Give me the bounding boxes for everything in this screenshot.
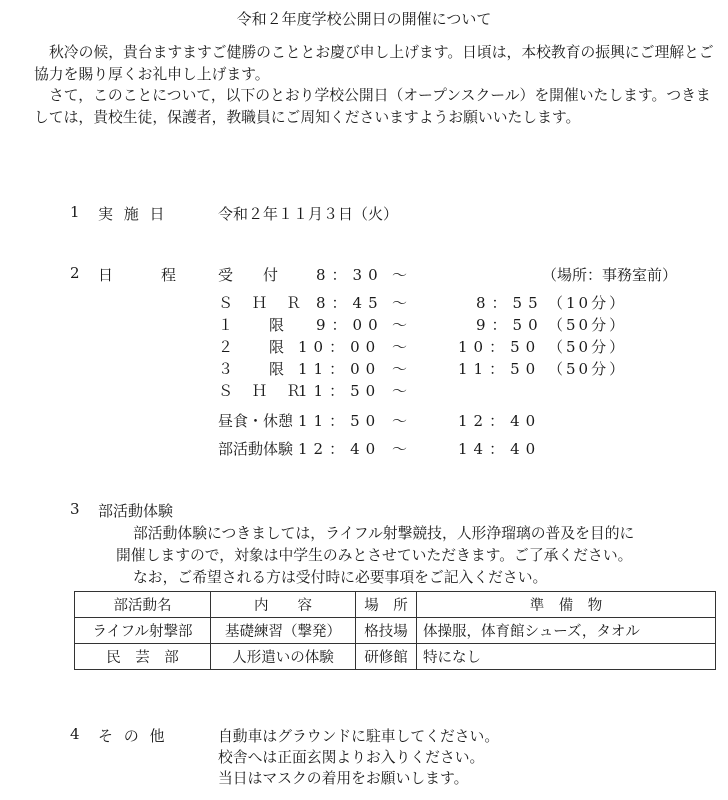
- club-description-line-3: なお，ご希望される方は受付時に必要事項をご記入ください。: [133, 566, 547, 587]
- schedule-name: Ｓ Ｈ Ｒ: [218, 380, 303, 401]
- schedule-start: 11：50: [298, 380, 381, 401]
- table-cell: 研修館: [356, 644, 417, 670]
- schedule-note: （場所：事務室前）: [542, 264, 677, 285]
- section-label: 部活動体験: [98, 500, 173, 521]
- schedule-name: ３ 限: [218, 358, 286, 379]
- schedule-end: 10：50: [458, 336, 541, 357]
- other-note: 当日はマスクの着用をお願いします。: [218, 767, 468, 788]
- section-number: 1: [70, 203, 80, 221]
- table-header-cell: 部活動名: [75, 592, 211, 618]
- document-title: 令和２年度学校公開日の開催について: [0, 8, 728, 29]
- other-note: 校舎へは正面玄関よりお入りください。: [218, 746, 484, 767]
- schedule-sep: ～: [392, 438, 407, 459]
- schedule-name: Ｓ Ｈ Ｒ: [218, 292, 303, 313]
- section-number: 4: [70, 725, 80, 743]
- schedule-sep: ～: [392, 380, 407, 401]
- table-header-cell: 準 備 物: [417, 592, 716, 618]
- schedule-start: 11：50: [298, 410, 381, 431]
- schedule-sep: ～: [392, 264, 407, 285]
- schedule-name: ２ 限: [218, 336, 286, 357]
- schedule-duration: （50分）: [548, 358, 627, 379]
- schedule-duration: （50分）: [548, 314, 627, 335]
- table-cell: 人形遣いの体験: [211, 644, 356, 670]
- club-activity-table: 部活動名 内 容 場 所 準 備 物 ライフル射撃部 基礎練習（撃発） 格技場 …: [74, 591, 716, 670]
- event-date: 令和２年１１月３日（火）: [218, 203, 398, 224]
- table-row: ライフル射撃部 基礎練習（撃発） 格技場 体操服，体育館シューズ，タオル: [75, 618, 716, 644]
- table-header-cell: 場 所: [356, 592, 417, 618]
- table-cell: 体操服，体育館シューズ，タオル: [417, 618, 716, 644]
- table-header-cell: 内 容: [211, 592, 356, 618]
- schedule-name: 部活動体験: [218, 438, 293, 459]
- schedule-duration: （10分）: [548, 292, 627, 313]
- intro-paragraph-2: さて，このことについて，以下のとおり学校公開日（オープンスクール）を開催いたしま…: [34, 85, 714, 128]
- schedule-start: 12：40: [298, 438, 381, 459]
- schedule-sep: ～: [392, 292, 407, 313]
- schedule-end: 12：40: [458, 410, 541, 431]
- table-cell: ライフル射撃部: [75, 618, 211, 644]
- schedule-end: 9：50: [476, 314, 544, 335]
- schedule-name: 受 付: [218, 264, 278, 285]
- schedule-sep: ～: [392, 410, 407, 431]
- schedule-end: 11：50: [458, 358, 541, 379]
- schedule-start: 8：30: [316, 264, 384, 285]
- schedule-start: 11：00: [298, 358, 381, 379]
- schedule-end: 8：55: [476, 292, 544, 313]
- club-description-line-2: 開催しますので，対象は中学生のみとさせていただきます。ご了承ください。: [116, 544, 632, 565]
- section-number: 3: [70, 500, 80, 518]
- schedule-start: 8：45: [316, 292, 384, 313]
- schedule-sep: ～: [392, 358, 407, 379]
- schedule-sep: ～: [392, 336, 407, 357]
- intro-paragraph-1: 秋冷の候，貴台ますますご健勝のこととお慶び申し上げます。日頃は，本校教育の振興に…: [34, 42, 714, 85]
- club-description-line-1: 部活動体験につきましては，ライフル射撃競技，人形浄瑠璃の普及を目的に: [133, 522, 634, 543]
- schedule-end: 14：40: [458, 438, 541, 459]
- schedule-sep: ～: [392, 314, 407, 335]
- table-cell: 特になし: [417, 644, 716, 670]
- section-number: 2: [70, 264, 80, 282]
- section-label: そ の 他: [98, 725, 168, 746]
- table-cell: 格技場: [356, 618, 417, 644]
- schedule-name: 昼食・休憩: [218, 410, 293, 431]
- schedule-start: 10：00: [298, 336, 381, 357]
- section-label: 実 施 日: [98, 203, 168, 224]
- table-cell: 民 芸 部: [75, 644, 211, 670]
- schedule-start: 9：00: [316, 314, 384, 335]
- schedule-duration: （50分）: [548, 336, 627, 357]
- table-row: 民 芸 部 人形遣いの体験 研修館 特になし: [75, 644, 716, 670]
- schedule-name: １ 限: [218, 314, 286, 335]
- table-header-row: 部活動名 内 容 場 所 準 備 物: [75, 592, 716, 618]
- other-note: 自動車はグラウンドに駐車してください。: [218, 725, 499, 746]
- section-label: 日 程: [98, 264, 182, 285]
- table-cell: 基礎練習（撃発）: [211, 618, 356, 644]
